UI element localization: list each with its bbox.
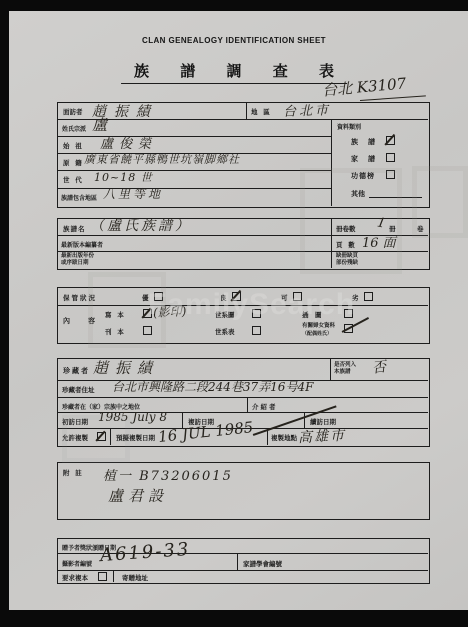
scan-edge-bottom	[0, 610, 468, 627]
divider	[331, 218, 332, 268]
scan-edge-left	[0, 0, 9, 612]
copy-date-label: 預擬複製日期	[116, 433, 155, 442]
listed-label-line2: 本族譜	[334, 369, 351, 375]
surname-label: 姓氏宗派	[62, 124, 86, 133]
listed-label: 是否列入 本族譜	[334, 362, 356, 375]
category-other-label: 其他	[351, 189, 365, 199]
condition-excellent-checkbox	[154, 292, 163, 301]
missing-label-line2: 部份殘缺	[336, 260, 358, 266]
divider	[247, 397, 248, 412]
divider	[57, 136, 331, 137]
interviewer-label: 面訪者	[63, 107, 83, 116]
pub-date-label-line2: 或序跋日期	[61, 260, 89, 266]
permit-label: 允許複製	[62, 433, 88, 442]
coverage-value: 八里等地	[103, 185, 163, 202]
listed-value: 否	[371, 356, 388, 378]
generations-value: 10~18 世	[94, 169, 153, 185]
condition-excellent-label: 優	[142, 293, 149, 302]
category-clan-label: 族 譜	[351, 137, 379, 147]
ancestor-label: 始 祖	[63, 141, 84, 150]
divider	[331, 119, 332, 206]
condition-fair-label: 可	[281, 293, 288, 302]
missing-label: 缺冊缺頁 部份殘缺	[336, 253, 358, 266]
surname-value: 盧	[92, 114, 107, 135]
listed-label-line1: 是否列入	[334, 362, 356, 368]
divider	[304, 412, 305, 428]
mail-address-label: 寄贈地址	[122, 573, 148, 582]
condition-good-label: 良	[220, 293, 227, 302]
first-visit-value: 1985 July 8	[98, 410, 167, 424]
notes-label: 附 註	[63, 468, 84, 477]
divider	[57, 305, 428, 306]
content-print-checkbox	[143, 326, 152, 335]
english-title: CLAN GENEALOGY IDENTIFICATION SHEET	[0, 36, 468, 45]
divider	[57, 188, 331, 189]
volumes-label: 冊卷數	[336, 224, 356, 233]
content-table-label: 世系表	[215, 327, 235, 336]
coverage-label: 族譜包含地區	[61, 193, 97, 202]
content-chart-label: 世系圖	[215, 310, 235, 319]
address-label: 珍藏者住址	[62, 385, 95, 394]
divider	[246, 102, 247, 119]
condition-poor-checkbox	[364, 292, 373, 301]
category-title: 資料類別	[337, 122, 361, 131]
content-illustration-checkbox	[344, 309, 353, 318]
divider	[57, 251, 428, 252]
condition-poor-label: 劣	[352, 293, 359, 302]
divider	[330, 358, 331, 380]
category-merit-checkbox	[386, 170, 395, 179]
missing-label-line1: 缺冊缺頁	[336, 253, 358, 259]
introducer-label: 介紹者	[252, 402, 278, 411]
divider	[113, 570, 114, 582]
area-value: 台北市	[283, 99, 332, 120]
editor-label: 最新版本編纂者	[61, 240, 103, 249]
holder-value: 趙振績	[93, 357, 159, 378]
address-value: 台北市興隆路二段244巷37弄16号4F	[112, 378, 313, 395]
content-women-sub-label: （配偶姓氏）	[302, 331, 332, 338]
form-title: 族 譜 調 查 表	[121, 60, 347, 84]
book-name-value: （盧氏族譜）	[90, 215, 192, 235]
book-name-label: 族譜名	[63, 224, 86, 233]
scroll-unit-label: 卷	[417, 224, 424, 233]
society-id-label: 家譜學會編號	[243, 559, 282, 568]
content-print-label: 刊 本	[105, 327, 126, 336]
request-copy-label: 要求複本	[62, 573, 88, 582]
holder-label: 珍藏者	[63, 366, 90, 376]
origin-value: 廣東省饒平縣鴨世坑嶺脚鄉社	[84, 151, 240, 167]
scan-edge-top	[0, 0, 468, 11]
copy-place-value: 高雄市	[298, 425, 347, 447]
category-merit-label: 功德榜	[351, 171, 375, 181]
divider	[110, 428, 111, 445]
content-manuscript-note: (影印)	[153, 302, 187, 321]
first-visit-label: 初訪日期	[62, 417, 88, 426]
origin-label: 原 籍	[63, 158, 84, 167]
scanned-genealogy-sheet: CLAN GENEALOGY IDENTIFICATION SHEET 族 譜 …	[0, 0, 468, 627]
content-table-checkbox	[252, 326, 261, 335]
pub-date-label-line1: 最新出版年份	[61, 253, 94, 259]
content-label: 內 容	[63, 316, 103, 326]
category-family-checkbox	[386, 153, 395, 162]
condition-fair-checkbox	[293, 292, 302, 301]
pub-date-label: 最新出版年份 或序跋日期	[61, 253, 94, 266]
pages-label: 頁 數	[336, 240, 357, 249]
notes-line2: 盧君設	[108, 485, 168, 506]
category-family-label: 家 譜	[351, 154, 379, 164]
area-label: 地 區	[251, 107, 272, 116]
content-chart-checkbox	[252, 309, 261, 318]
content-manuscript-label: 寫 本	[105, 310, 126, 319]
request-copy-checkbox	[98, 572, 107, 581]
divider	[57, 397, 428, 398]
copy-place-label: 複製地點	[271, 433, 297, 442]
notes-line1: 植一 B73206015	[103, 465, 233, 484]
content-women-label: 有關婦女資料	[302, 323, 335, 330]
content-illustration-label: 插 圖	[302, 310, 322, 319]
generations-label: 世 代	[63, 175, 84, 184]
photographer-id-label: 攝影者編號	[62, 559, 92, 568]
pages-value: 16 面	[362, 232, 396, 251]
divider	[237, 553, 238, 570]
ancestor-value: 盧俊榮	[100, 133, 157, 152]
condition-label: 保管狀況	[63, 293, 97, 302]
category-other-blank	[369, 197, 422, 198]
